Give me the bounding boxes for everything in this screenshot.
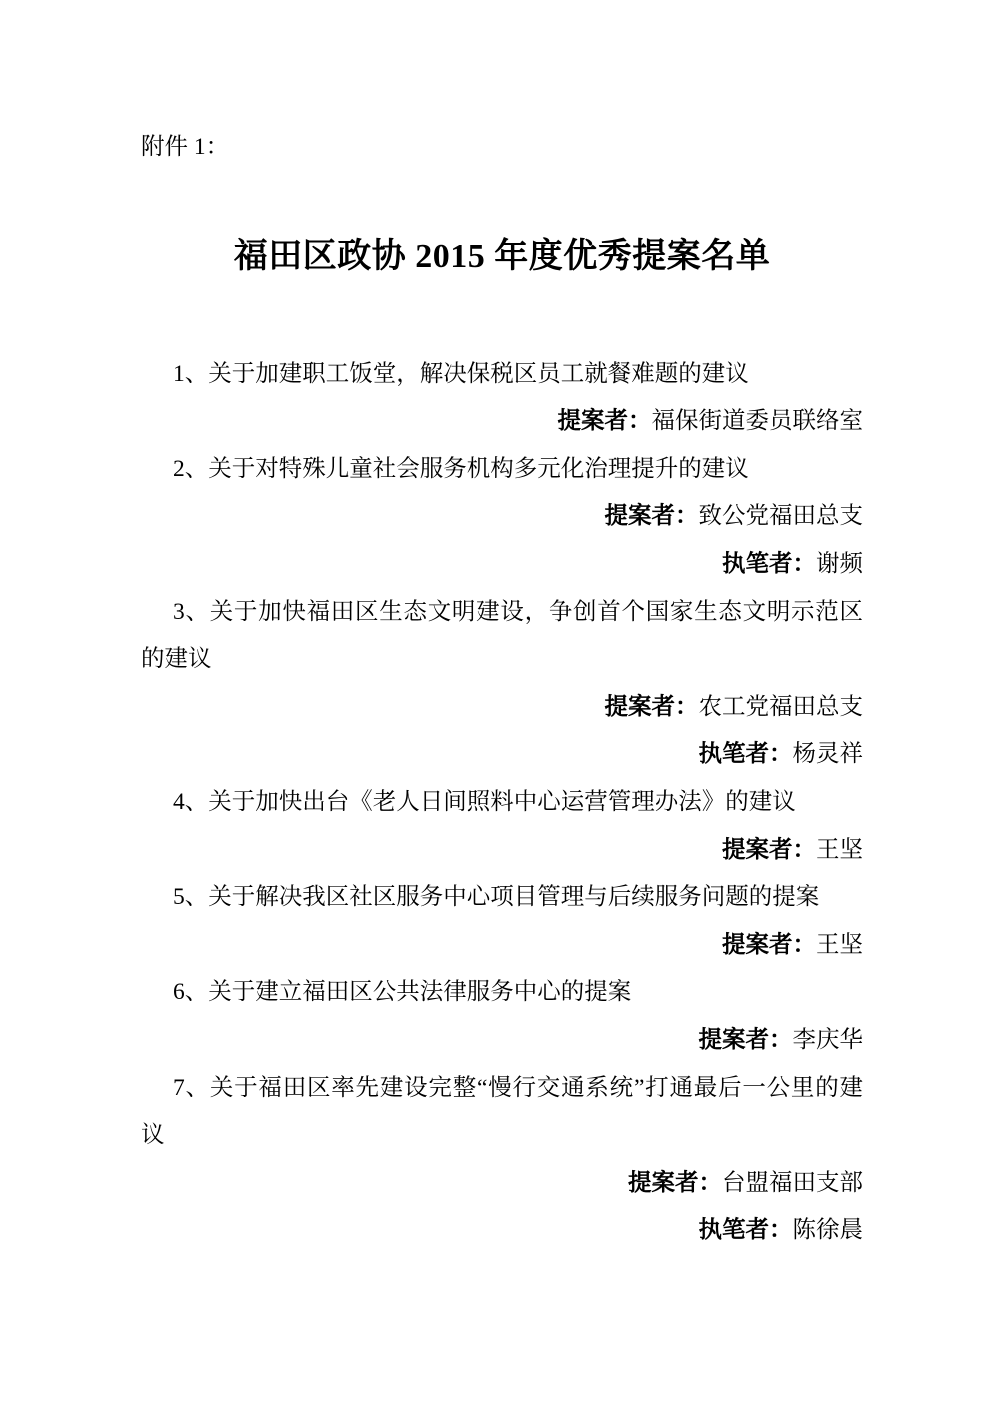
proposal-item-title: 7、关于福田区率先建设完整“慢行交通系统”打通最后一公里的建议 — [141, 1065, 863, 1160]
proposer-line: 提案者：致公党福田总支 — [141, 493, 863, 541]
proposer-label: 提案者： — [699, 1027, 793, 1053]
proposer-label: 提案者： — [605, 694, 699, 720]
attachment-label: 附件 1： — [141, 124, 863, 172]
proposer-label: 提案者： — [605, 503, 699, 529]
proposer-name: 台盟福田支部 — [722, 1170, 863, 1196]
writer-label: 执笔者： — [699, 741, 793, 767]
proposer-label: 提案者： — [722, 932, 816, 958]
proposal-list: 1、关于加建职工饭堂，解决保税区员工就餐难题的建议 提案者：福保街道委员联络室 … — [141, 351, 863, 1255]
proposal-item-title: 6、关于建立福田区公共法律服务中心的提案 — [141, 969, 863, 1017]
proposer-line: 提案者：李庆华 — [141, 1017, 863, 1065]
proposal-item-title: 5、关于解决我区社区服务中心项目管理与后续服务问题的提案 — [141, 874, 863, 922]
proposer-line: 提案者：福保街道委员联络室 — [141, 398, 863, 446]
proposer-line: 提案者：王坚 — [141, 827, 863, 875]
proposer-name: 致公党福田总支 — [699, 503, 864, 529]
proposer-name: 李庆华 — [793, 1027, 864, 1053]
proposer-name: 农工党福田总支 — [699, 694, 864, 720]
writer-line: 执笔者：陈徐晨 — [141, 1207, 863, 1255]
document-content: 附件 1： 福田区政协 2015 年度优秀提案名单 1、关于加建职工饭堂，解决保… — [141, 0, 863, 1255]
writer-label: 执笔者： — [699, 1217, 793, 1243]
proposer-line: 提案者：农工党福田总支 — [141, 684, 863, 732]
document-page: 附件 1： 福田区政协 2015 年度优秀提案名单 1、关于加建职工饭堂，解决保… — [0, 0, 1000, 1414]
proposal-item-title: 3、关于加快福田区生态文明建设，争创首个国家生态文明示范区的建议 — [141, 589, 863, 684]
writer-line: 执笔者：杨灵祥 — [141, 731, 863, 779]
writer-line: 执笔者：谢频 — [141, 541, 863, 589]
proposer-name: 王坚 — [816, 837, 863, 863]
writer-label: 执笔者： — [722, 551, 816, 577]
proposal-item-title: 1、关于加建职工饭堂，解决保税区员工就餐难题的建议 — [141, 351, 863, 399]
document-title: 福田区政协 2015 年度优秀提案名单 — [141, 233, 863, 281]
proposer-name: 王坚 — [816, 932, 863, 958]
proposal-item-title: 4、关于加快出台《老人日间照料中心运营管理办法》的建议 — [141, 779, 863, 827]
proposer-label: 提案者： — [722, 837, 816, 863]
writer-name: 陈徐晨 — [793, 1217, 864, 1243]
proposer-label: 提案者： — [558, 408, 652, 434]
proposer-line: 提案者：王坚 — [141, 922, 863, 970]
writer-name: 杨灵祥 — [793, 741, 864, 767]
proposer-label: 提案者： — [628, 1170, 722, 1196]
writer-name: 谢频 — [816, 551, 863, 577]
proposal-item-title: 2、关于对特殊儿童社会服务机构多元化治理提升的建议 — [141, 446, 863, 494]
proposer-name: 福保街道委员联络室 — [652, 408, 864, 434]
proposer-line: 提案者：台盟福田支部 — [141, 1160, 863, 1208]
